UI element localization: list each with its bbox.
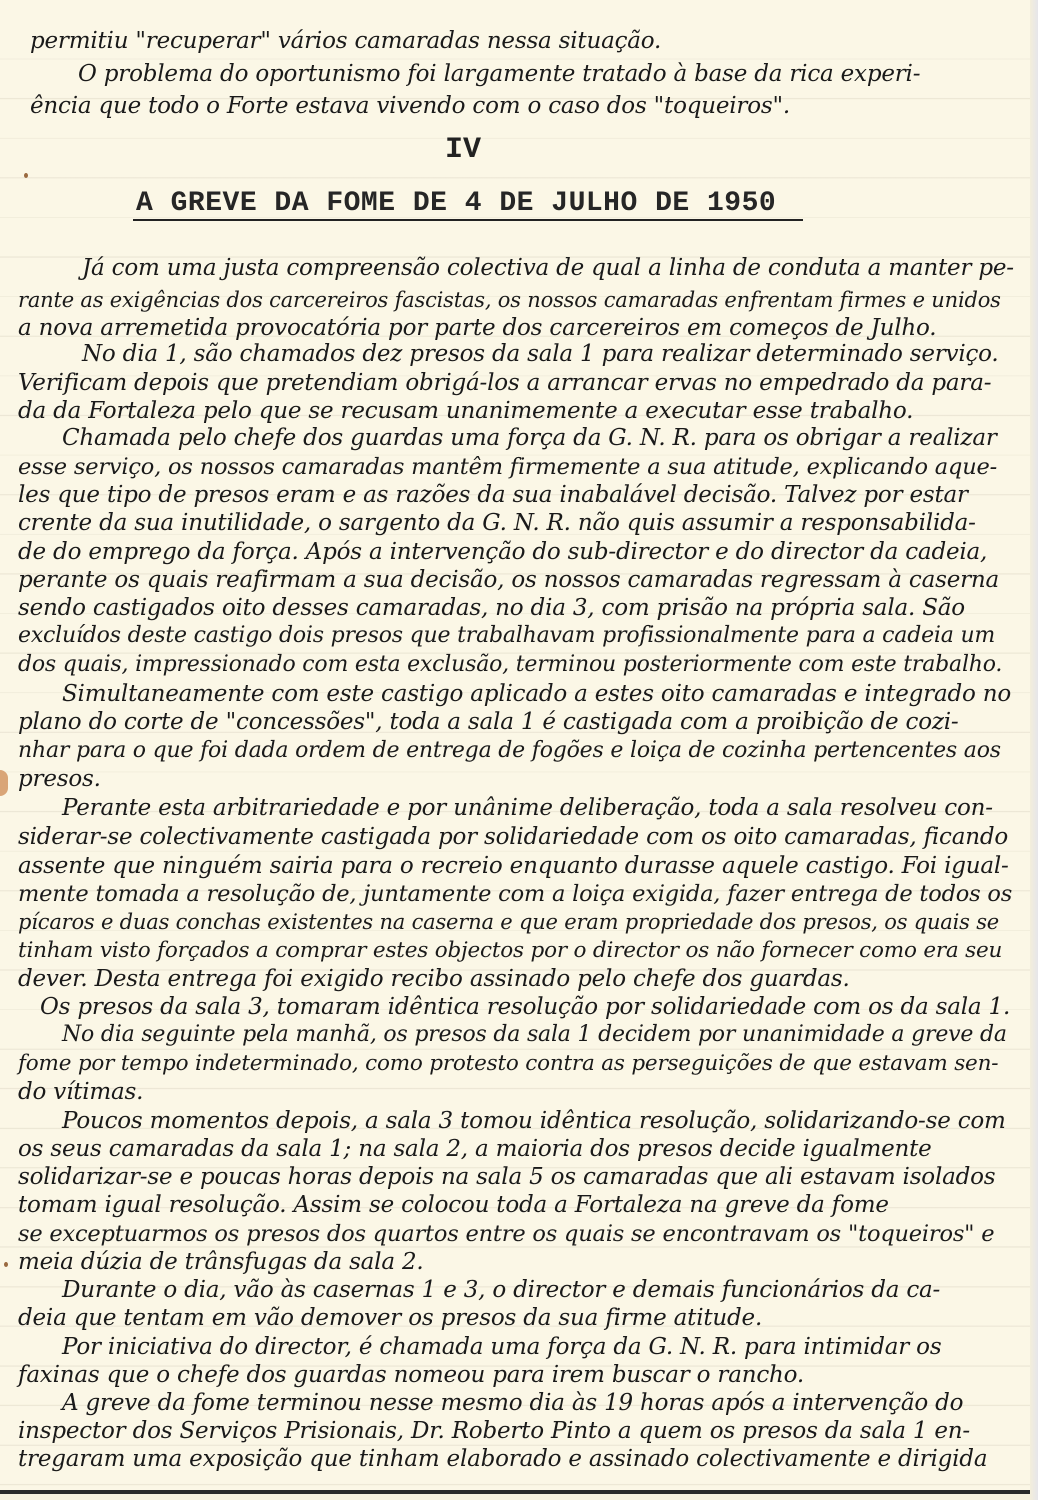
text-line: assente que ninguém sairia para o recrei… (18, 855, 1009, 878)
text-line: Durante o dia, vão às casernas 1 e 3, o … (62, 1279, 940, 1302)
text-line: tinham visto forçados a comprar estes ob… (18, 940, 1002, 962)
text-line: sendo castigados oito desses camaradas, … (18, 597, 965, 620)
handwritten-page: permitiu "recuperar" vários camaradas ne… (0, 0, 1033, 1494)
text-line: tomam igual resolução. Assim se colocou … (18, 1194, 889, 1217)
text-line: esse serviço, os nossos camaradas mantêm… (18, 456, 997, 479)
text-line: ência que todo o Forte estava vivendo co… (30, 95, 790, 118)
text-line: Simultaneamente com este castigo aplicad… (62, 683, 1011, 706)
text-line: rante as exigências dos carcereiros fasc… (18, 290, 1001, 311)
text-line: dos quais, impressionado com esta exclus… (18, 654, 1002, 676)
text-line: permitiu "recuperar" vários camaradas ne… (30, 30, 661, 53)
text-line: dever. Desta entrega foi exigido recibo … (18, 968, 850, 991)
text-line: presos. (18, 768, 101, 791)
text-line: da da Fortaleza pelo que se recusam unan… (18, 400, 913, 423)
text-line: Os presos da sala 3, tomaram idêntica re… (40, 996, 1010, 1019)
text-line: No dia seguinte pela manhã, os presos da… (62, 1024, 1007, 1046)
text-line: pícaros e duas conchas existentes na cas… (18, 912, 999, 933)
text-line: faxinas que o chefe dos guardas nomeou p… (18, 1364, 804, 1387)
text-line: os seus camaradas da sala 1; na sala 2, … (18, 1138, 932, 1161)
punch-hole-mark (0, 770, 8, 796)
text-line: meia dúzia de trânsfugas da sala 2. (18, 1251, 424, 1274)
text-line: a nova arremetida provocatória por parte… (18, 317, 936, 340)
ink-spot (24, 173, 28, 178)
ink-spot (4, 1262, 8, 1267)
text-line: tregaram uma exposição que tinham elabor… (18, 1448, 987, 1471)
text-line: solidarizar-se e poucas horas depois na … (18, 1166, 995, 1189)
text-line: mente tomada a resolução de, juntamente … (18, 883, 1012, 906)
text-line: A greve da fome terminou nesse mesmo dia… (62, 1392, 963, 1415)
text-line: se exceptuarmos os presos dos quartos en… (18, 1223, 994, 1246)
text-line: les que tipo de presos eram e as razões … (18, 484, 968, 507)
text-line: de do emprego da força. Após a intervenç… (18, 541, 987, 564)
text-line: inspector dos Serviços Prisionais, Dr. R… (18, 1420, 970, 1443)
text-line: siderar-se colectivamente castigada por … (18, 826, 1008, 849)
title-underline (133, 219, 803, 221)
text-line: nhar para o que foi dada ordem de entreg… (18, 740, 1001, 762)
text-line: do vítimas. (18, 1081, 143, 1104)
text-line: Por iniciativa do director, é chamada um… (62, 1336, 941, 1359)
text-line: No dia 1, são chamados dez presos da sal… (82, 343, 999, 366)
text-line: Perante esta arbitrariedade e por unânim… (62, 797, 993, 820)
text-line: crente da sua inutilidade, o sargento da… (18, 512, 976, 535)
chapter-number: IV (445, 133, 481, 167)
text-line: fome por tempo indeterminado, como prote… (18, 1053, 998, 1075)
text-line: plano do corte de "concessões", toda a s… (18, 711, 959, 734)
page-title: A GREVE DA FOME DE 4 DE JULHO DE 1950 (136, 188, 776, 219)
text-line: Verificam depois que pretendiam obrigá-l… (18, 372, 991, 395)
text-line: perante os quais reafirmam a sua decisão… (18, 569, 999, 592)
text-line: Já com uma justa compreensão colectiva d… (82, 257, 1014, 280)
text-line: Poucos momentos depois, a sala 3 tomou i… (62, 1110, 1006, 1133)
text-line: excluídos deste castigo dois presos que … (18, 625, 995, 647)
text-line: deia que tentam em vão demover os presos… (18, 1307, 762, 1330)
text-line: Chamada pelo chefe dos guardas uma força… (62, 427, 997, 450)
text-line: O problema do oportunismo foi largamente… (78, 63, 920, 86)
page-edge (1030, 0, 1038, 1500)
